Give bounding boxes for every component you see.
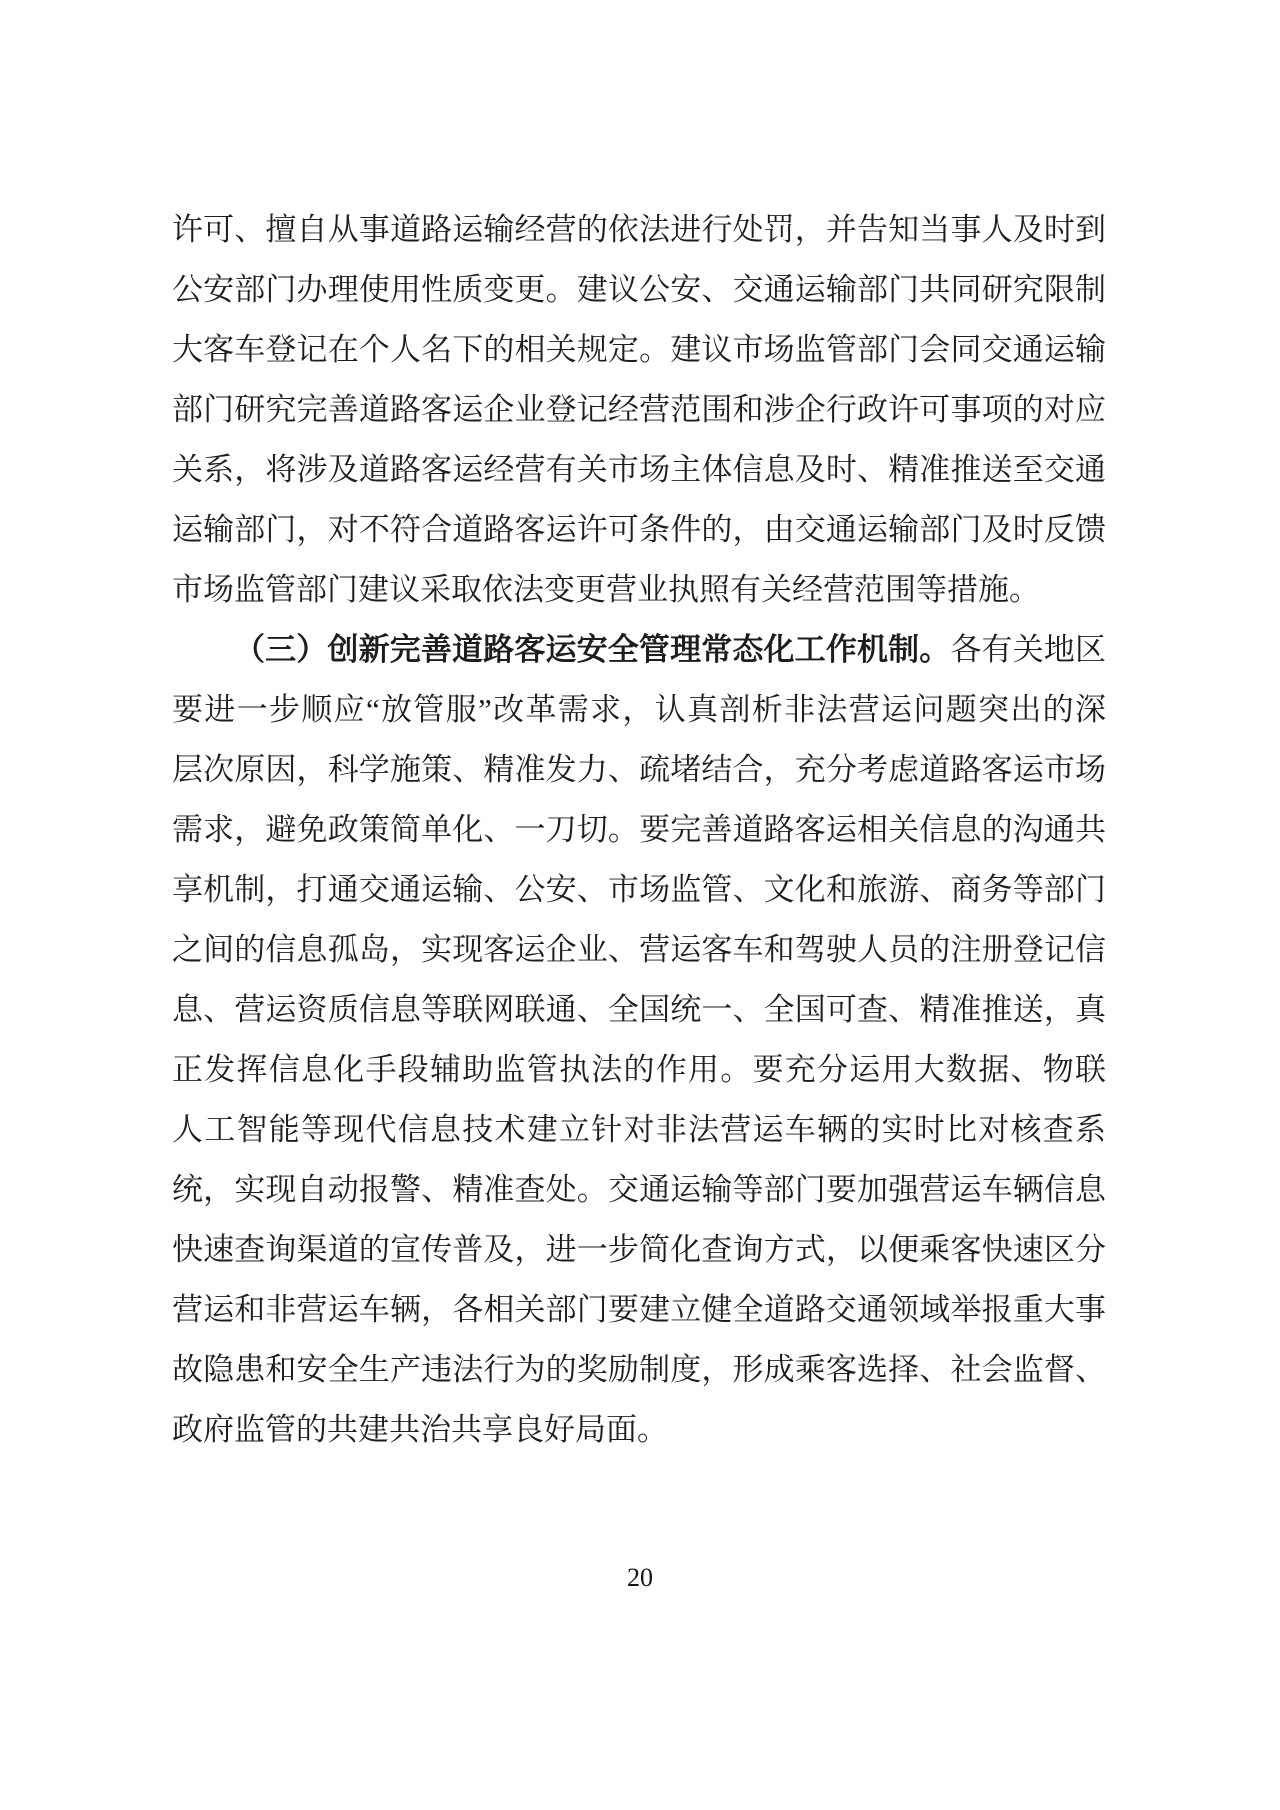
text-line: 层次原因，科学施策、精准发力、疏堵结合，充分考虑道路客运市场 [172,740,1106,800]
text-line: 人工智能等现代信息技术建立针对非法营运车辆的实时比对核查系 [172,1100,1106,1160]
text-line: 享机制，打通交通运输、公安、市场监管、文化和旅游、商务等部门 [172,860,1106,920]
text-line: 部门研究完善道路客运企业登记经营范围和涉企行政许可事项的对应 [172,380,1106,440]
paragraph-end-line: 政府监管的共建共治共享良好局面。 [172,1400,1106,1460]
body-text: 许可、擅自从事道路运输经营的依法进行处罚，并告知当事人及时到 公安部门办理使用性… [172,200,1106,1460]
text-line: 公安部门办理使用性质变更。建议公安、交通运输部门共同研究限制 [172,260,1106,320]
text-line: 故隐患和安全生产违法行为的奖励制度，形成乘客选择、社会监督、 [172,1340,1106,1400]
text-line: 关系，将涉及道路客运经营有关市场主体信息及时、精准推送至交通 [172,440,1106,500]
text-line: 大客车登记在个人名下的相关规定。建议市场监管部门会同交通运输 [172,320,1106,380]
text-line: 快速查询渠道的宣传普及，进一步简化查询方式，以便乘客快速区分 [172,1220,1106,1280]
text-line: 运输部门，对不符合道路客运许可条件的，由交通运输部门及时反馈 [172,500,1106,560]
text-line: 正发挥信息化手段辅助监管执法的作用。要充分运用大数据、物联网、 [172,1040,1106,1100]
text-line: 需求，避免政策简单化、一刀切。要完善道路客运相关信息的沟通共 [172,800,1106,860]
document-page: 许可、擅自从事道路运输经营的依法进行处罚，并告知当事人及时到 公安部门办理使用性… [0,0,1280,1810]
text-line: 营运和非营运车辆，各相关部门要建立健全道路交通领域举报重大事 [172,1280,1106,1340]
section-heading: （三）创新完善道路客运安全管理常态化工作机制。 [234,632,950,667]
text-line: 统，实现自动报警、精准查处。交通运输等部门要加强营运车辆信息 [172,1160,1106,1220]
text-line: 许可、擅自从事道路运输经营的依法进行处罚，并告知当事人及时到 [172,200,1106,260]
page-number: 20 [0,1563,1280,1593]
paragraph-end-line: 市场监管部门建议采取依法变更营业执照有关经营范围等措施。 [172,560,1106,620]
heading-following-text: 各有关地区 [950,632,1106,667]
section-heading-line: （三）创新完善道路客运安全管理常态化工作机制。各有关地区 [172,620,1106,680]
text-line: 要进一步顺应“放管服”改革需求，认真剖析非法营运问题突出的深 [172,680,1106,740]
text-line: 之间的信息孤岛，实现客运企业、营运客车和驾驶人员的注册登记信 [172,920,1106,980]
text-line: 息、营运资质信息等联网联通、全国统一、全国可查、精准推送，真 [172,980,1106,1040]
